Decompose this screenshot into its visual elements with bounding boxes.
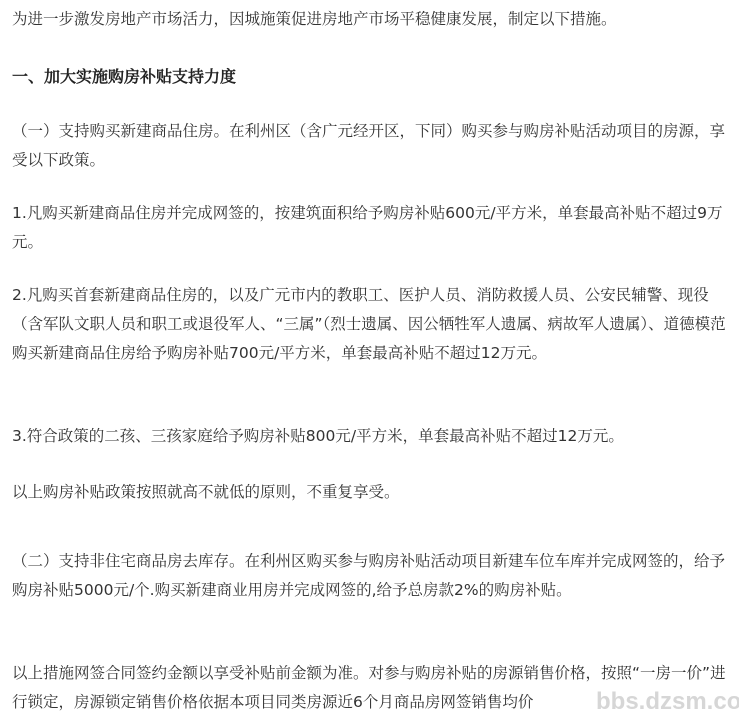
non-duplicate-note: 以上购房补贴政策按照就高不就低的原则，不重复享受。 bbox=[12, 478, 400, 507]
policy-item-1: 1.凡购买新建商品住房并完成网签的，按建筑面积给予购房补贴600元/平方米，单套… bbox=[12, 199, 734, 257]
price-lock-note: 以上措施网签合同签约金额以享受补贴前金额为准。对参与购房补贴的房源销售价格，按照… bbox=[12, 659, 734, 717]
subsection-1-paragraph: （一）支持购买新建商品住房。在利州区（含广元经开区，下同）购买参与购房补贴活动项… bbox=[12, 117, 734, 175]
intro-paragraph: 为进一步激发房地产市场活力，因城施策促进房地产市场平稳健康发展，制定以下措施。 bbox=[12, 5, 617, 34]
subsection-2-paragraph: （二）支持非住宅商品房去库存。在利州区购买参与购房补贴活动项目新建车位车库并完成… bbox=[12, 547, 734, 605]
section-heading: 一、加大实施购房补贴支持力度 bbox=[12, 62, 236, 91]
policy-item-3: 3.符合政策的二孩、三孩家庭给予购房补贴800元/平方米，单套最高补贴不超过12… bbox=[12, 422, 624, 451]
policy-item-2: 2.凡购买首套新建商品住房的，以及广元市内的教职工、医护人员、消防救援人员、公安… bbox=[12, 281, 734, 368]
